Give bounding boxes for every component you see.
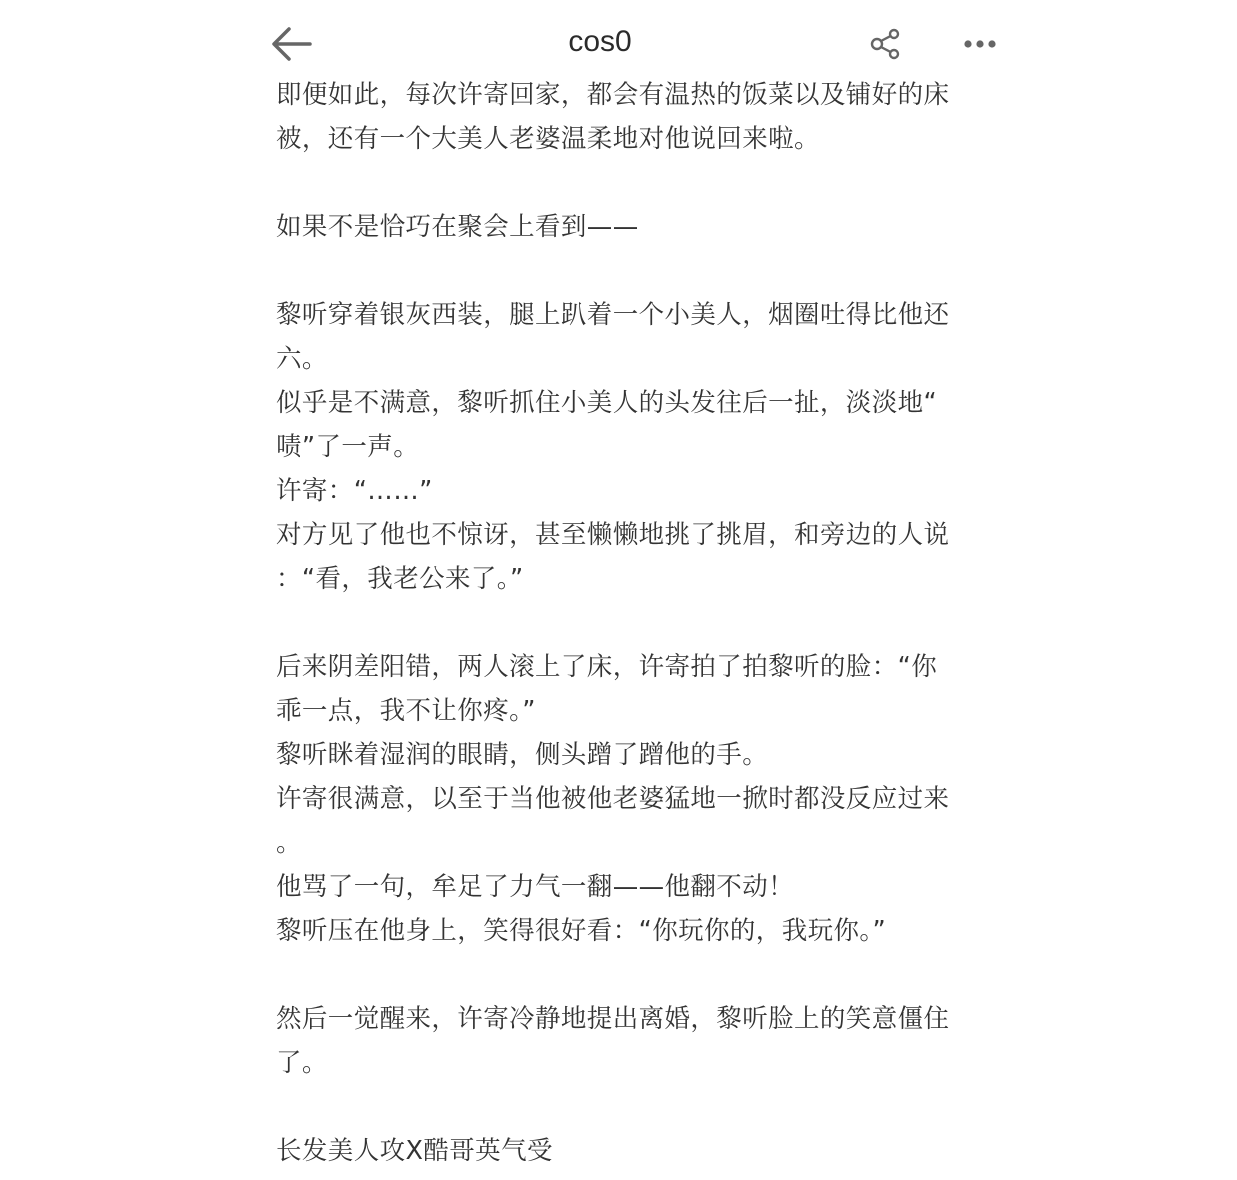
article-body: 即便如此，每次许寄回家，都会有温热的饭菜以及铺好的床被，还有一个大美人老婆温柔地… (276, 73, 1012, 1173)
text-line: 啧”了一声。 (276, 425, 1012, 469)
text-line: 乖一点，我不让你疼。” (276, 689, 1012, 733)
paragraph-gap (276, 249, 1012, 293)
text-line: 即便如此，每次许寄回家，都会有温热的饭菜以及铺好的床 (276, 73, 1012, 117)
paragraph-gap (276, 161, 1012, 205)
text-line: 黎听穿着银灰西装，腿上趴着一个小美人，烟圈吐得比他还 (276, 293, 1012, 337)
text-line: 六。 (276, 337, 1012, 381)
text-line: 黎听压在他身上，笑得很好看：“你玩你的，我玩你。” (276, 909, 1012, 953)
more-options-button[interactable] (958, 24, 1002, 64)
paragraph-gap (276, 601, 1012, 645)
text-line: 如果不是恰巧在聚会上看到—— (276, 205, 1012, 249)
page-title: cos0 (0, 22, 1200, 62)
text-line: 黎听眯着湿润的眼睛，侧头蹭了蹭他的手。 (276, 733, 1012, 777)
text-line: 了。 (276, 1041, 1012, 1085)
top-nav-bar: cos0 (0, 0, 1237, 75)
text-line: 。 (276, 821, 1012, 865)
paragraph-gap (276, 953, 1012, 997)
text-line: 然后一觉醒来，许寄冷静地提出离婚，黎听脸上的笑意僵住 (276, 997, 1012, 1041)
text-line: 被，还有一个大美人老婆温柔地对他说回来啦。 (276, 117, 1012, 161)
text-line: 他骂了一句，牟足了力气一翻——他翻不动！ (276, 865, 1012, 909)
text-line: 许寄很满意，以至于当他被他老婆猛地一掀时都没反应过来 (276, 777, 1012, 821)
text-line: 似乎是不满意，黎听抓住小美人的头发往后一扯，淡淡地“ (276, 381, 1012, 425)
paragraph-gap (276, 1085, 1012, 1129)
share-button[interactable] (866, 24, 906, 64)
share-icon (869, 27, 903, 61)
text-line: 对方见了他也不惊讶，甚至懒懒地挑了挑眉，和旁边的人说 (276, 513, 1012, 557)
more-horizontal-icon (963, 38, 997, 50)
text-line: 许寄：“……” (276, 469, 1012, 513)
text-line: 长发美人攻X酷哥英气受 (276, 1129, 1012, 1173)
text-line: ：“看，我老公来了。” (276, 557, 1012, 601)
text-line: 后来阴差阳错，两人滚上了床，许寄拍了拍黎听的脸：“你 (276, 645, 1012, 689)
